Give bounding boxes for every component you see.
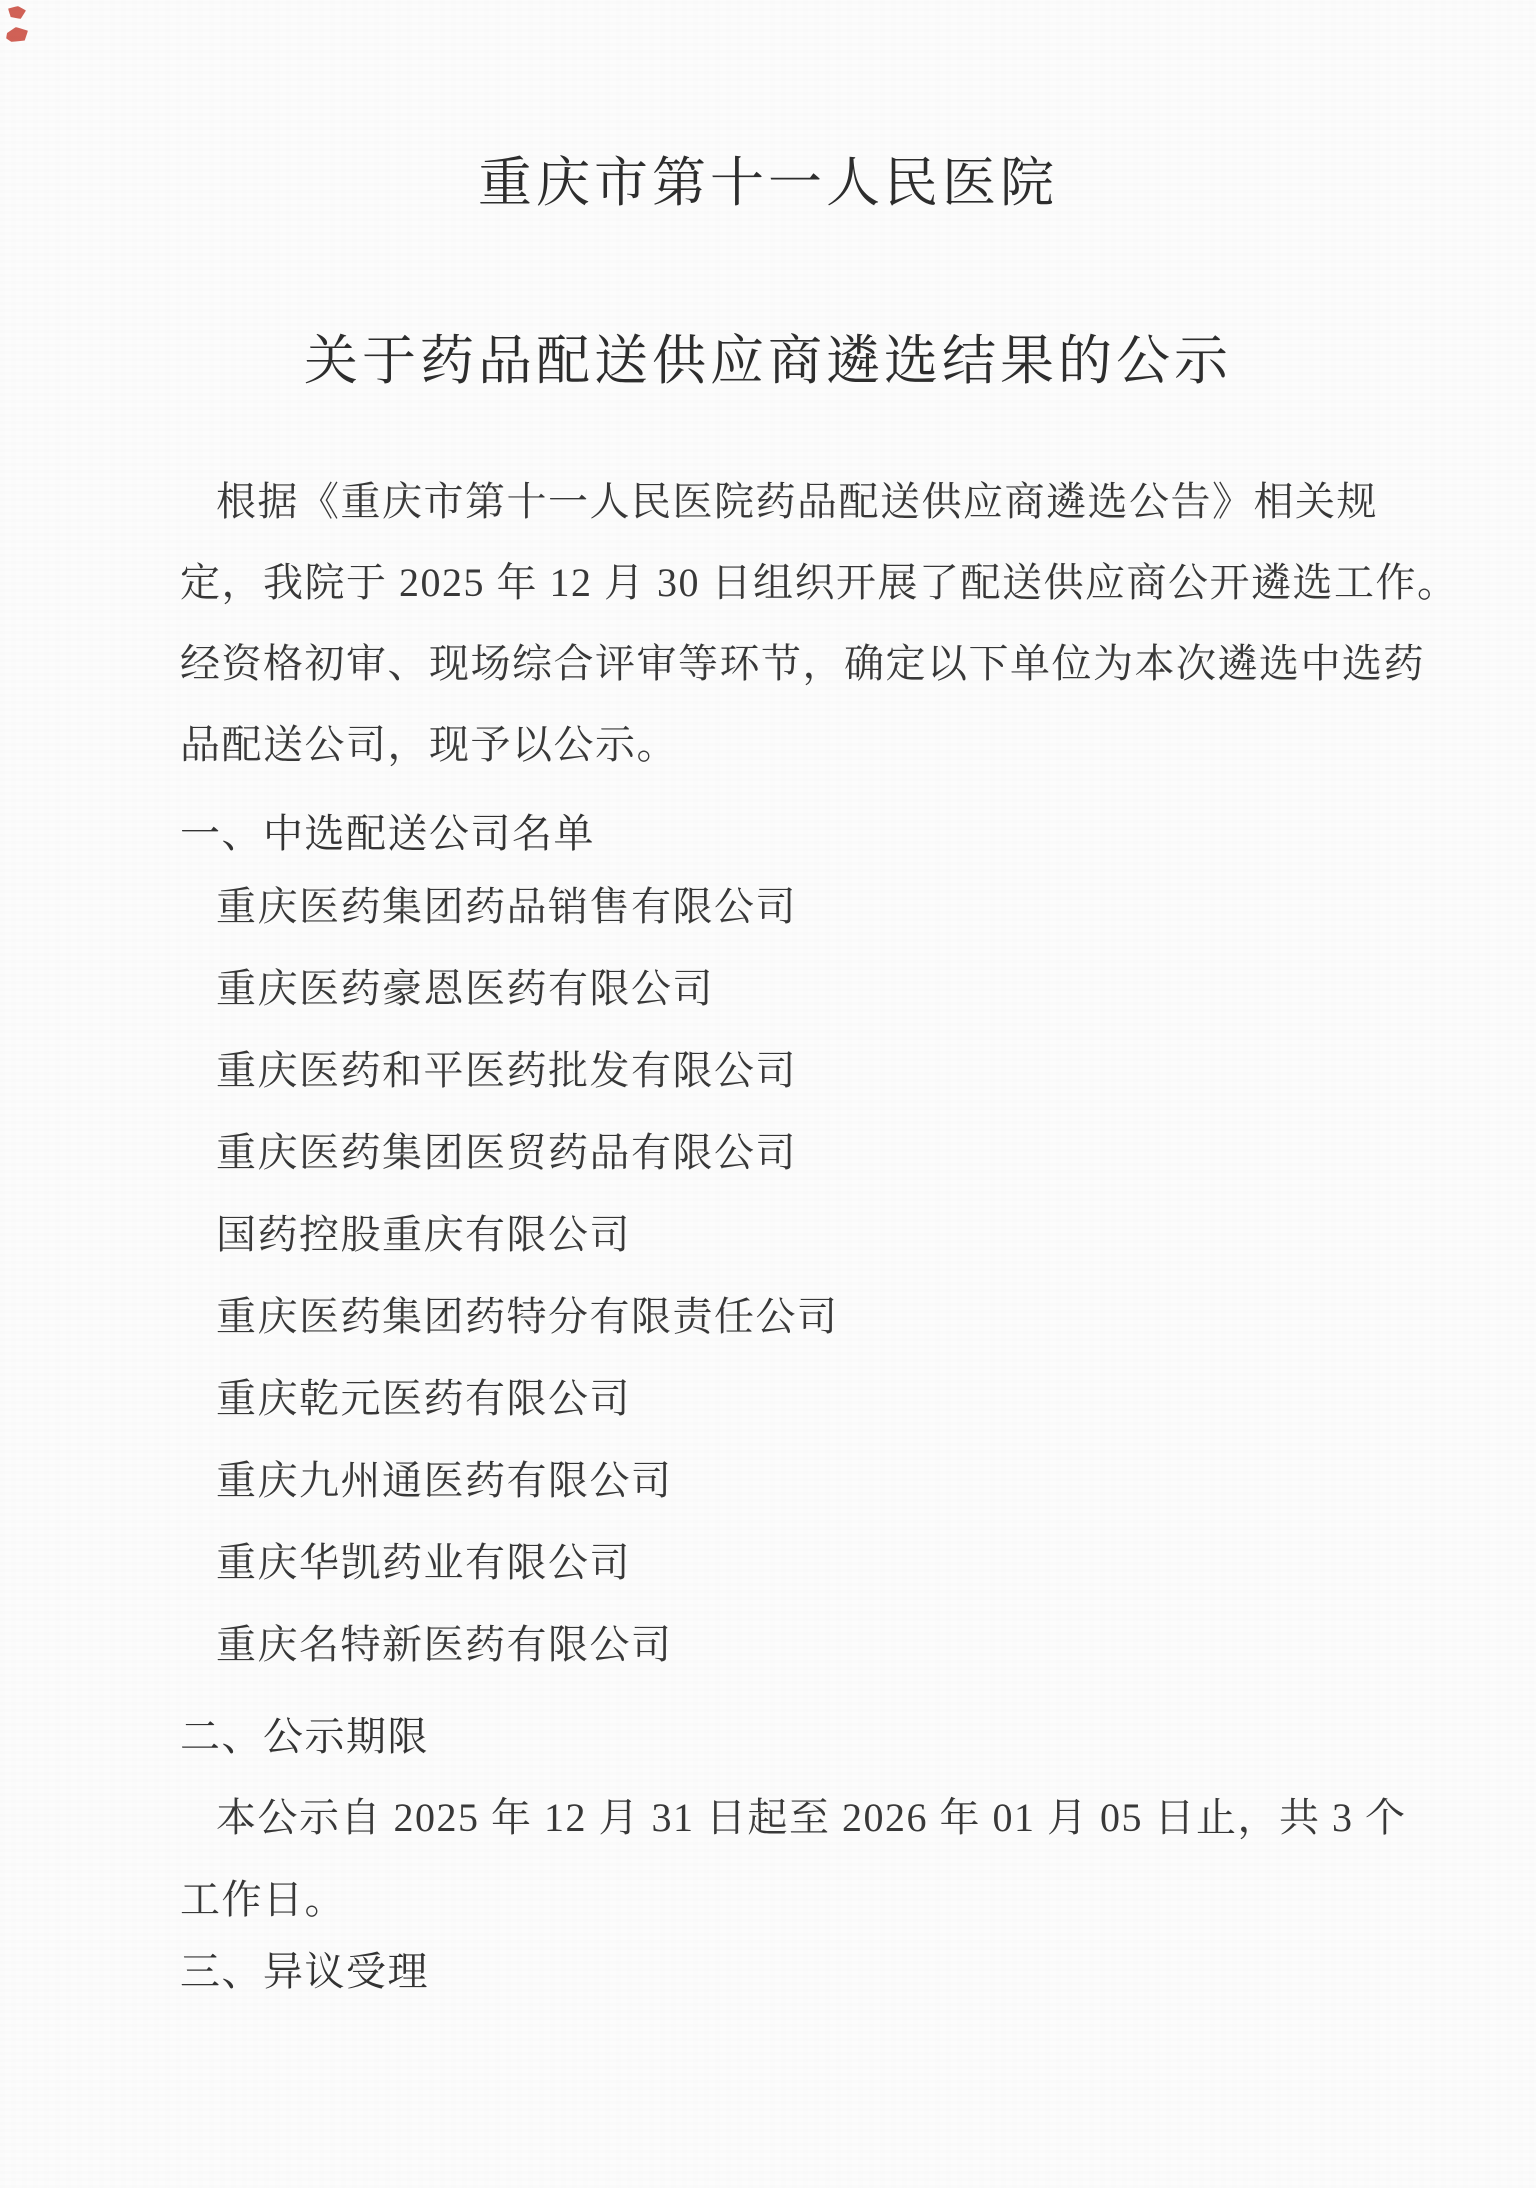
company-list-item: 重庆乾元医药有限公司 <box>216 1367 631 1424</box>
red-corner-mark <box>8 6 26 19</box>
document-title-line-2: 关于药品配送供应商遴选结果的公示 <box>0 318 1536 395</box>
red-corner-mark <box>6 27 28 42</box>
company-list-item: 国药控股重庆有限公司 <box>216 1203 631 1260</box>
intro-line-1: 根据《重庆市第十一人民医院药品配送供应商遴选公告》相关规 <box>216 470 1378 527</box>
company-list-item: 重庆名特新医药有限公司 <box>216 1613 673 1670</box>
company-list-item: 重庆医药豪恩医药有限公司 <box>216 957 714 1014</box>
scanned-document-page: 重庆市第十一人民医院 关于药品配送供应商遴选结果的公示 根据《重庆市第十一人民医… <box>0 0 1536 2188</box>
section-1-heading: 一、中选配送公司名单 <box>180 802 595 859</box>
section-3-heading: 三、异议受理 <box>180 1940 429 1997</box>
document-title-line-1: 重庆市第十一人民医院 <box>0 140 1536 217</box>
intro-line-3: 经资格初审、现场综合评审等环节，确定以下单位为本次遴选中选药 <box>180 632 1425 689</box>
company-list-item: 重庆华凯药业有限公司 <box>216 1531 631 1588</box>
company-list-item: 重庆九州通医药有限公司 <box>216 1449 673 1506</box>
company-list-item: 重庆医药和平医药批发有限公司 <box>216 1039 797 1096</box>
intro-line-2: 定，我院于 2025 年 12 月 30 日组织开展了配送供应商公开遴选工作。 <box>180 551 1459 608</box>
section-2-line-1: 本公示自 2025 年 12 月 31 日起至 2026 年 01 月 05 日… <box>216 1786 1407 1843</box>
section-2-heading: 二、公示期限 <box>180 1705 429 1762</box>
company-list-item: 重庆医药集团药品销售有限公司 <box>216 875 797 932</box>
section-2-line-2: 工作日。 <box>180 1868 346 1925</box>
company-list-item: 重庆医药集团药特分有限责任公司 <box>216 1285 839 1342</box>
company-list-item: 重庆医药集团医贸药品有限公司 <box>216 1121 797 1178</box>
intro-line-4: 品配送公司，现予以公示。 <box>180 713 678 770</box>
